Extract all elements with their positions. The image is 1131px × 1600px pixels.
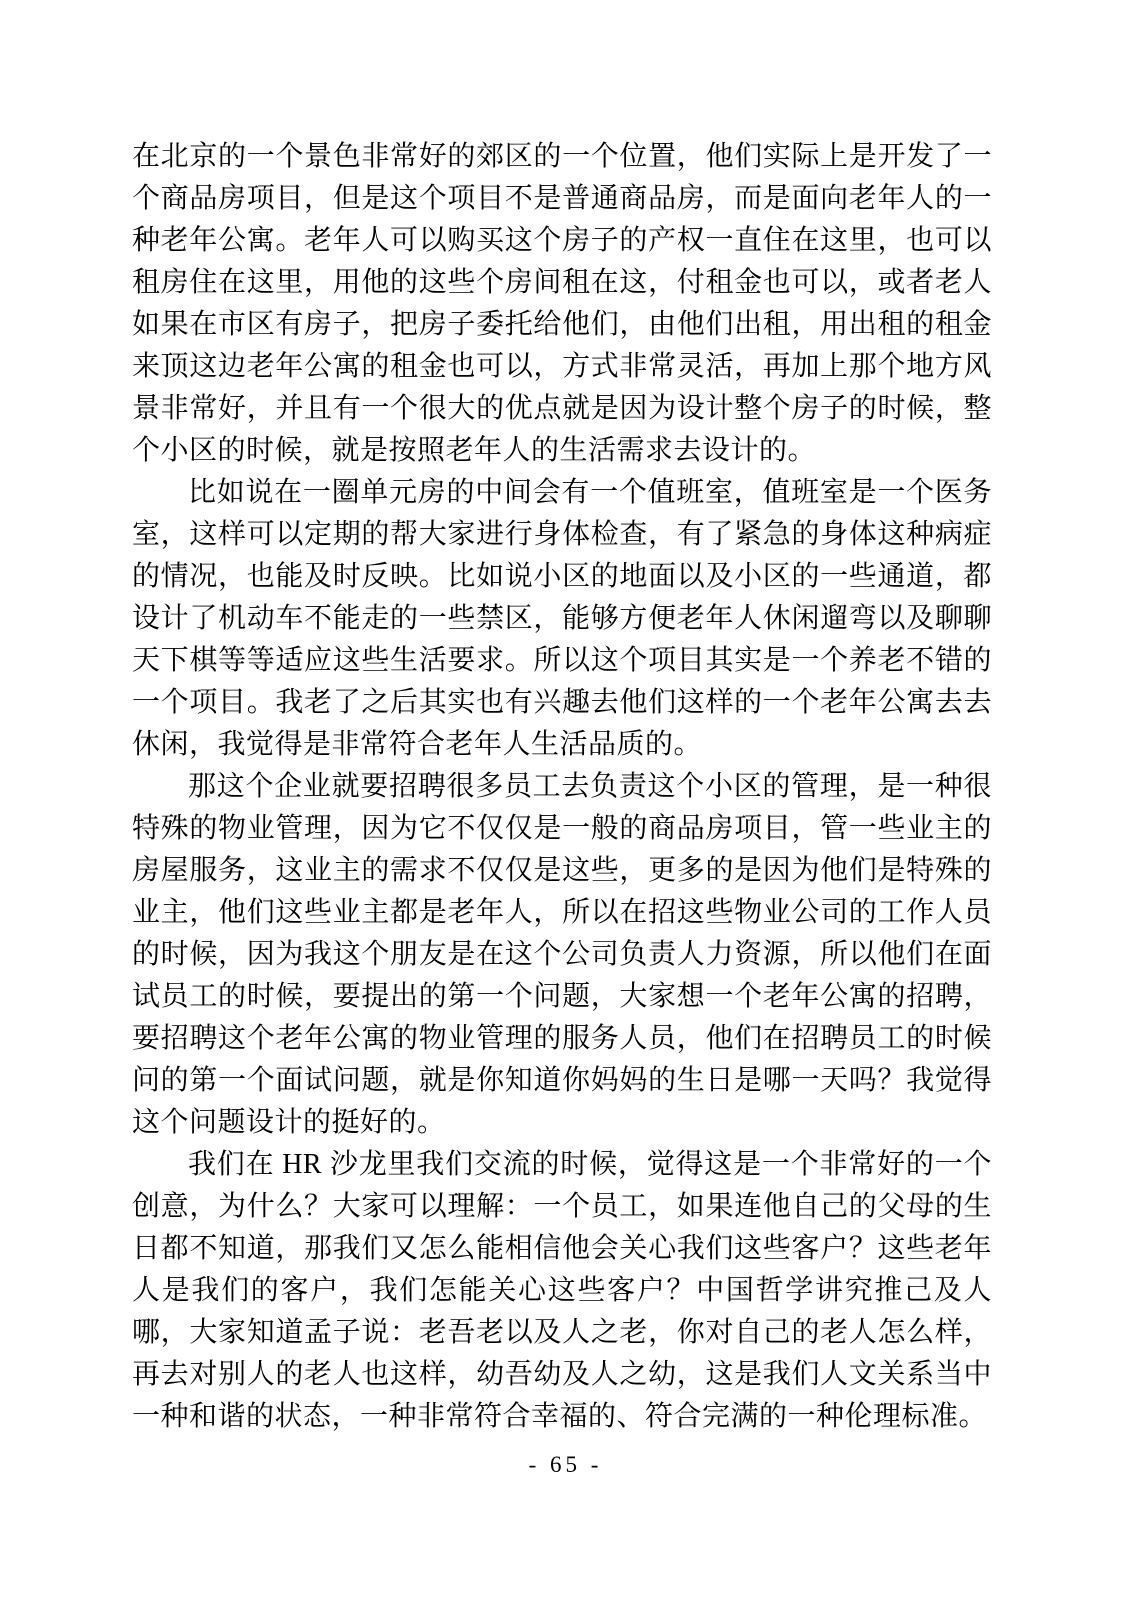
paragraph-2: 比如说在一圈单元房的中间会有一个值班室，值班室是一个医务室，这样可以定期的帮大家…: [132, 472, 992, 766]
paragraph-1: 在北京的一个景色非常好的郊区的一个位置，他们实际上是开发了一个商品房项目，但是这…: [132, 136, 992, 472]
page-number: - 65 -: [0, 1452, 1131, 1478]
document-page: 在北京的一个景色非常好的郊区的一个位置，他们实际上是开发了一个商品房项目，但是这…: [0, 0, 1131, 1600]
document-body: 在北京的一个景色非常好的郊区的一个位置，他们实际上是开发了一个商品房项目，但是这…: [132, 136, 992, 1438]
paragraph-3: 那这个企业就要招聘很多员工去负责这个小区的管理，是一种很特殊的物业管理，因为它不…: [132, 766, 992, 1144]
paragraph-4: 我们在 HR 沙龙里我们交流的时候，觉得这是一个非常好的一个创意，为什么？大家可…: [132, 1144, 992, 1438]
